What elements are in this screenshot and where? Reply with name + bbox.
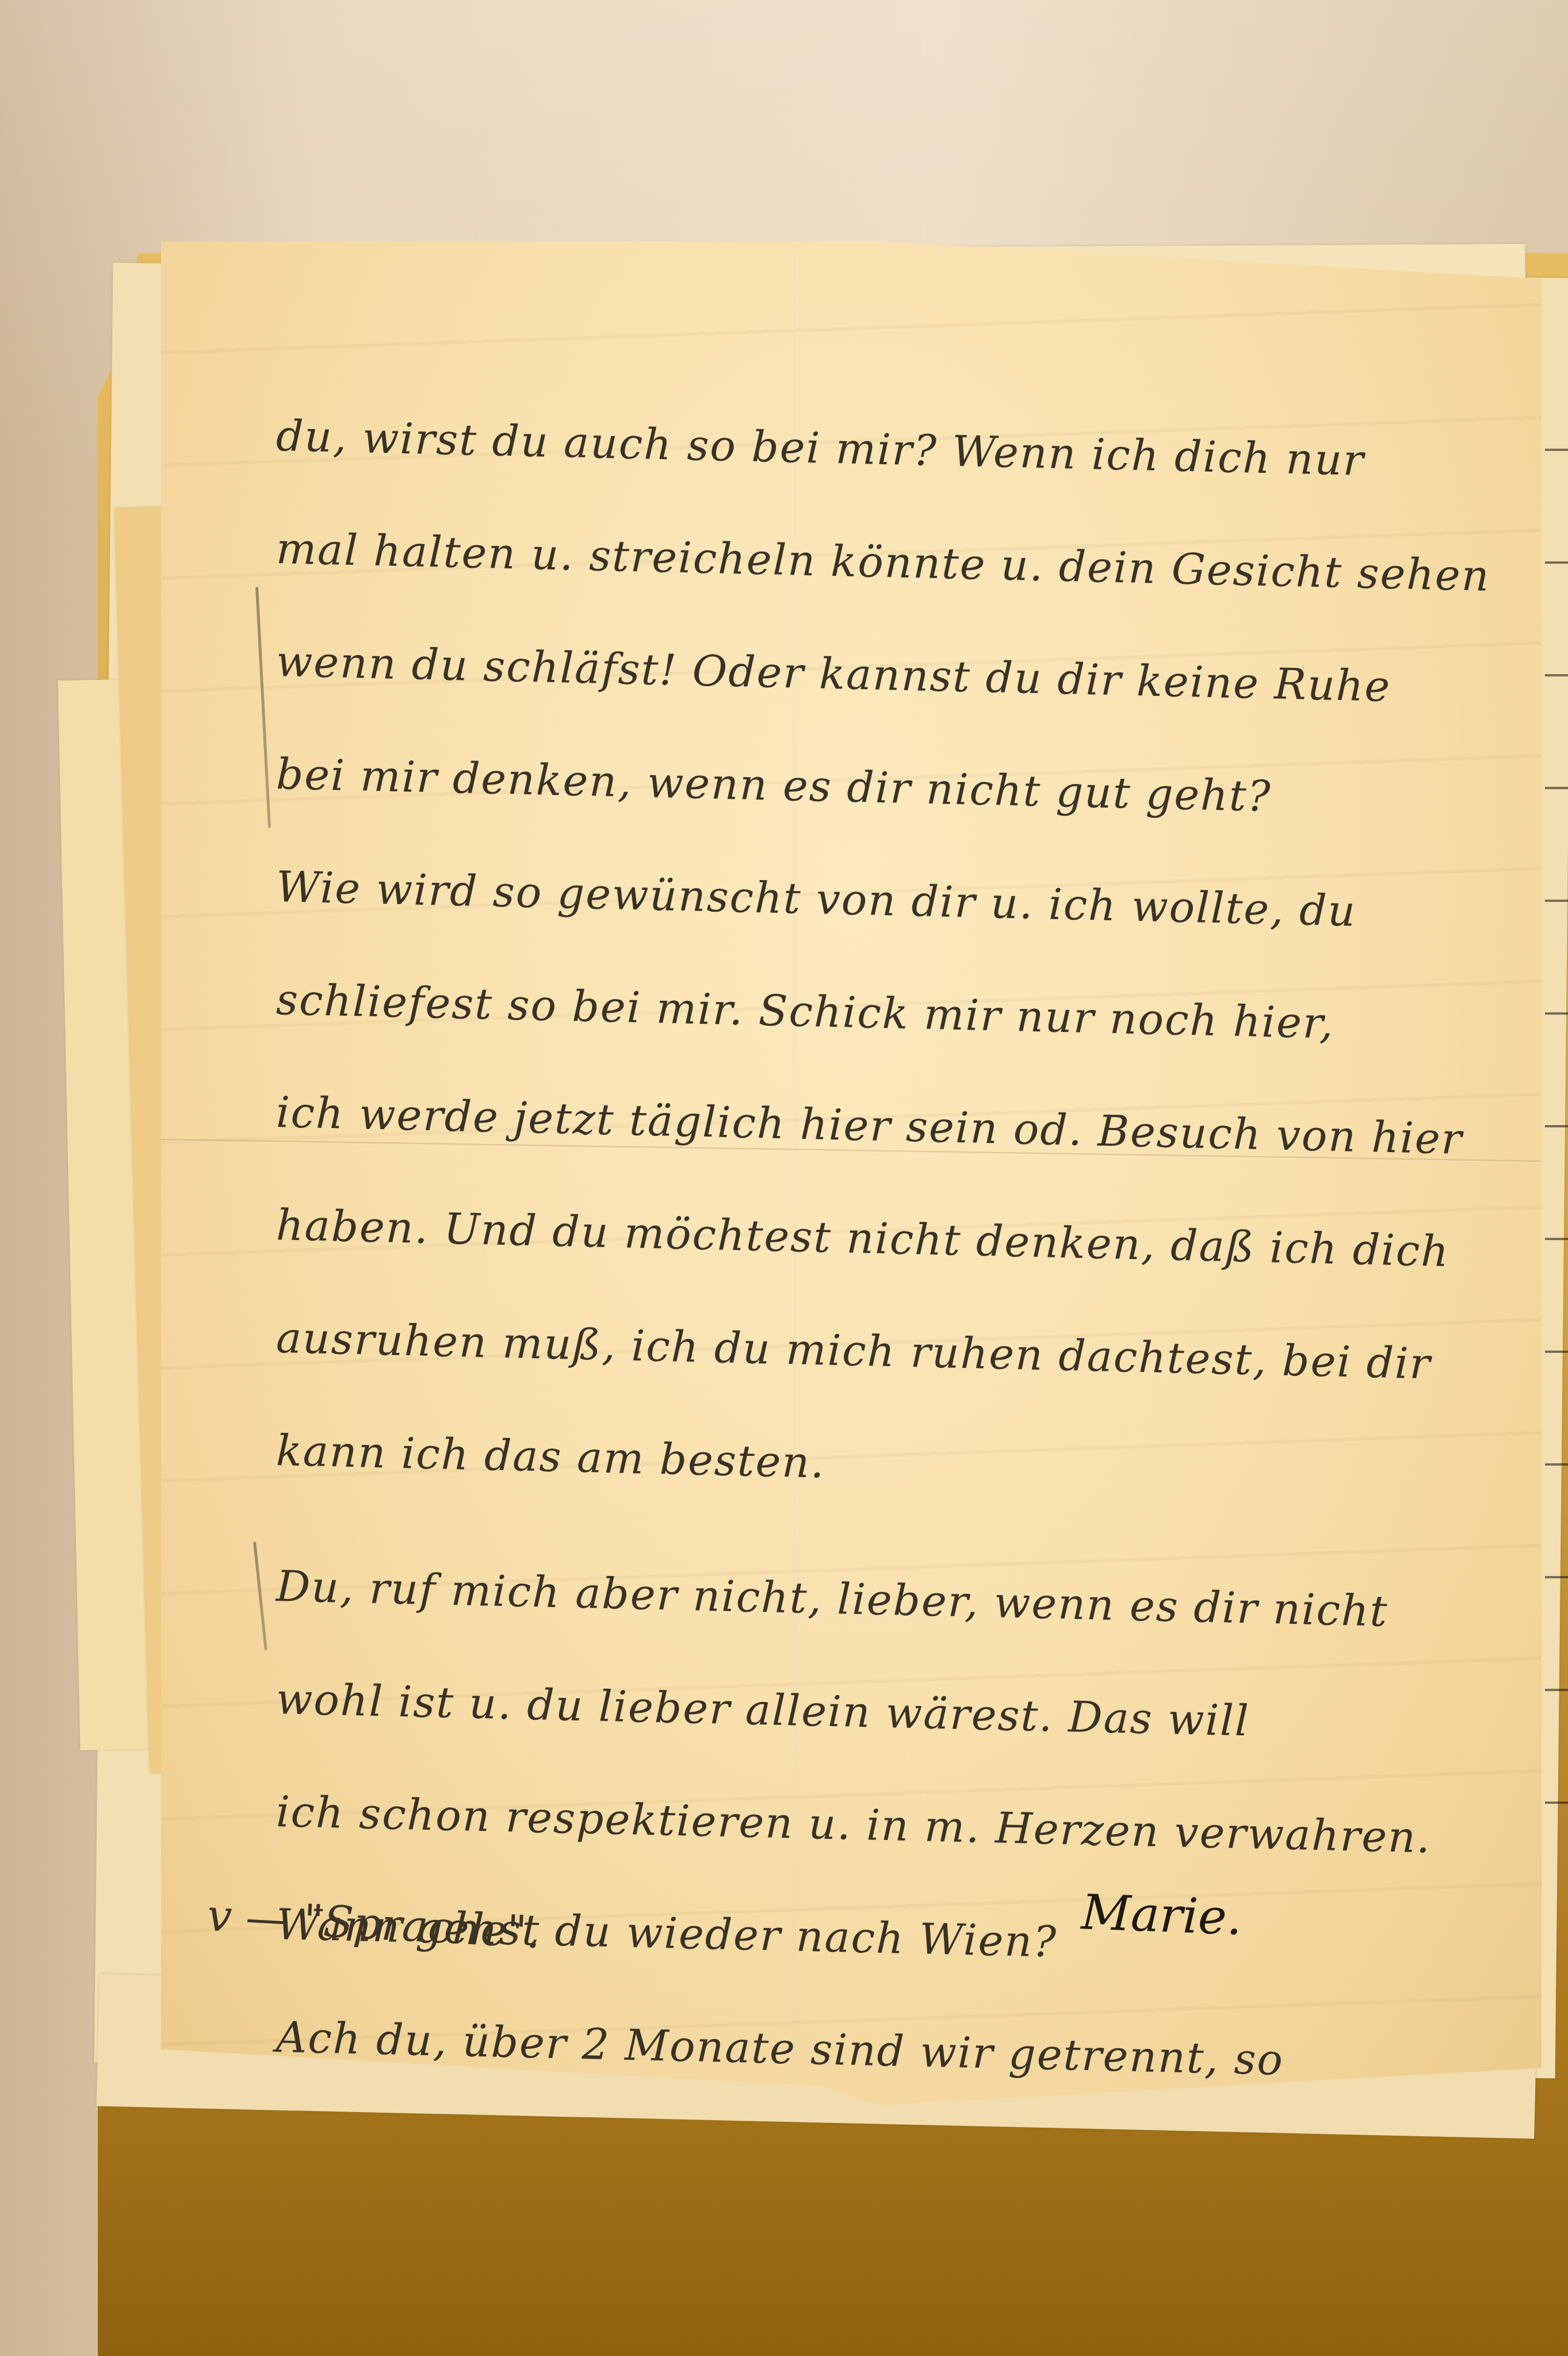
pencil-margin-mark	[253, 1542, 267, 1650]
letter-body: du, wirst du auch so bei mir? Wenn ich d…	[276, 380, 1484, 2319]
signature: Marie.	[1080, 1884, 1243, 1946]
letter-sheet: du, wirst du auch so bei mir? Wenn ich d…	[161, 242, 1542, 2105]
underlying-sheet-edge-writing	[1545, 345, 1568, 1841]
pencil-margin-mark	[255, 587, 271, 828]
